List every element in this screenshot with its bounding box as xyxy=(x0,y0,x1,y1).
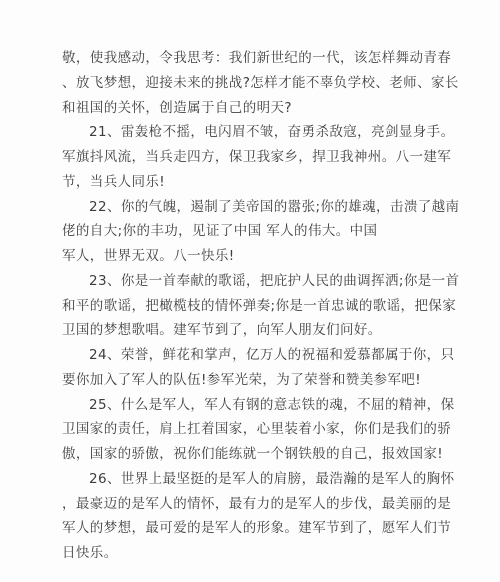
text-line: 、放飞梦想，迎接未来的挑战?怎样才能不辜负学校、老师、家长 xyxy=(62,71,440,96)
text-line: 24、荣誉，鲜花和掌声，亿万人的祝福和爱慕都属于你，只 xyxy=(62,343,440,368)
document-page: 敬，使我感动，令我思考：我们新世纪的一代，该怎样舞动青春 、放飞梦想，迎接未来的… xyxy=(0,0,500,582)
paragraph-item-23: 23、你是一首奉献的歌谣，把庇护人民的曲调挥洒;你是一首 和平的歌谣，把橄榄枝的… xyxy=(62,269,440,343)
text-line: 傲，国家的骄傲，祝你们能练就一个钢铁般的自己，报效国家! xyxy=(62,442,440,467)
text-line: 26、世界上最坚挺的是军人的肩膀，最浩瀚的是军人的胸怀 xyxy=(62,467,440,492)
text-line: 卫国的梦想歌唱。建军节到了，向军人朋友们问好。 xyxy=(62,318,440,343)
text-line: 军旗抖风流，当兵走四方，保卫我家乡，捍卫我神州。八一建军 xyxy=(62,145,440,170)
text-line: 和祖国的关怀，创造属于自己的明天? xyxy=(62,96,440,121)
paragraph-item-26: 26、世界上最坚挺的是军人的肩膀，最浩瀚的是军人的胸怀 ，最豪迈的是军人的情怀，… xyxy=(62,467,440,566)
text-line: 22、你的气魄，遏制了美帝国的嚣张;你的雄魂，击溃了越南 xyxy=(62,195,440,220)
text-line: 23、你是一首奉献的歌谣，把庇护人民的曲调挥洒;你是一首 xyxy=(62,269,440,294)
text-line: 21、雷轰枪不摇，电闪眉不皱，奋勇杀敌寇，亮剑显身手。 xyxy=(62,120,440,145)
text-line: 敬，使我感动，令我思考：我们新世纪的一代，该怎样舞动青春 xyxy=(62,46,440,71)
text-line: 军人的梦想，最可爱的是军人的形象。建军节到了，愿军人们节 xyxy=(62,516,440,541)
text-block: 敬，使我感动，令我思考：我们新世纪的一代，该怎样舞动青春 、放飞梦想，迎接未来的… xyxy=(62,46,440,566)
text-line: 卫国家的责任，肩上扛着国家，心里装着小家，你们是我们的骄 xyxy=(62,417,440,442)
paragraph-item-21: 21、雷轰枪不摇，电闪眉不皱，奋勇杀敌寇，亮剑显身手。 军旗抖风流，当兵走四方，… xyxy=(62,120,440,194)
text-line: ，最豪迈的是军人的情怀，最有力的是军人的步伐，最美丽的是 xyxy=(62,492,440,517)
text-line: 军人，世界无双。八一快乐! xyxy=(62,244,440,269)
paragraph-item-22: 22、你的气魄，遏制了美帝国的嚣张;你的雄魂，击溃了越南 佬的自大;你的丰功，见… xyxy=(62,195,440,269)
text-line: 佬的自大;你的丰功，见证了中国 军人的伟大。中国 xyxy=(62,219,440,244)
text-line: 要你加入了军人的队伍!参军光荣，为了荣誉和赞美参军吧! xyxy=(62,368,440,393)
paragraph-item-24: 24、荣誉，鲜花和掌声，亿万人的祝福和爱慕都属于你，只 要你加入了军人的队伍!参… xyxy=(62,343,440,393)
text-line: 节，当兵人同乐! xyxy=(62,170,440,195)
paragraph-intro-continued: 敬，使我感动，令我思考：我们新世纪的一代，该怎样舞动青春 、放飞梦想，迎接未来的… xyxy=(62,46,440,120)
paragraph-item-25: 25、什么是军人，军人有钢的意志铁的魂，不屈的精神，保 卫国家的责任，肩上扛着国… xyxy=(62,393,440,467)
text-line: 和平的歌谣，把橄榄枝的情怀弹奏;你是一首忠诚的歌谣，把保家 xyxy=(62,294,440,319)
text-line: 25、什么是军人，军人有钢的意志铁的魂，不屈的精神，保 xyxy=(62,393,440,418)
text-line: 日快乐。 xyxy=(62,541,440,566)
